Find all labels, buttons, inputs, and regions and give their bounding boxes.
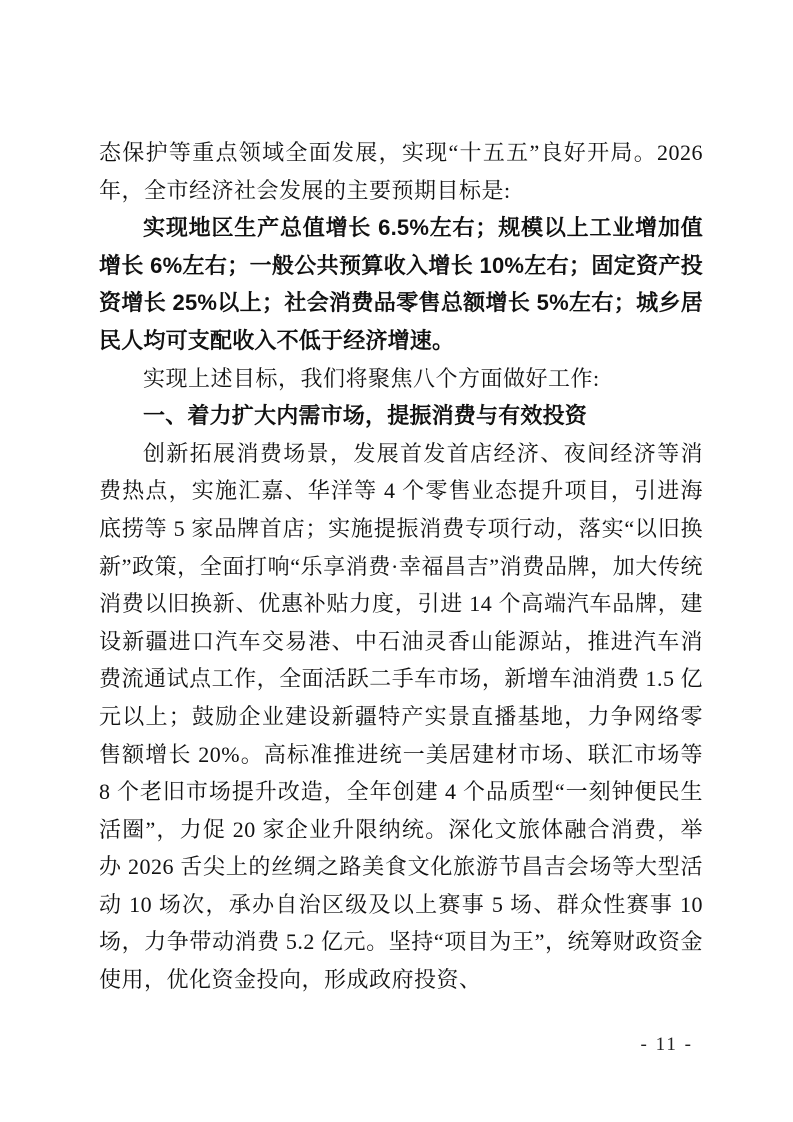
document-page: 态保护等重点领域全面发展，实现“十五五”良好开局。2026年，全市经济社会发展的… (0, 0, 793, 1122)
paragraph-consumption-measures: 创新拓展消费场景，发展首发首店经济、夜间经济等消费热点，实施汇嘉、华洋等 4 个… (99, 435, 703, 999)
paragraph-growth-targets: 实现地区生产总值增长 6.5%左右；规模以上工业增加值增长 6%左右；一般公共预… (99, 209, 703, 359)
section-heading-1: 一、着力扩大内需市场，提振消费与有效投资 (99, 397, 703, 435)
paragraph-transition: 实现上述目标，我们将聚焦八个方面做好工作: (99, 360, 703, 398)
page-body-text: 态保护等重点领域全面发展，实现“十五五”良好开局。2026年，全市经济社会发展的… (99, 134, 703, 999)
paragraph-continuation: 态保护等重点领域全面发展，实现“十五五”良好开局。2026年，全市经济社会发展的… (99, 134, 703, 209)
page-number: - 11 - (641, 1034, 693, 1056)
